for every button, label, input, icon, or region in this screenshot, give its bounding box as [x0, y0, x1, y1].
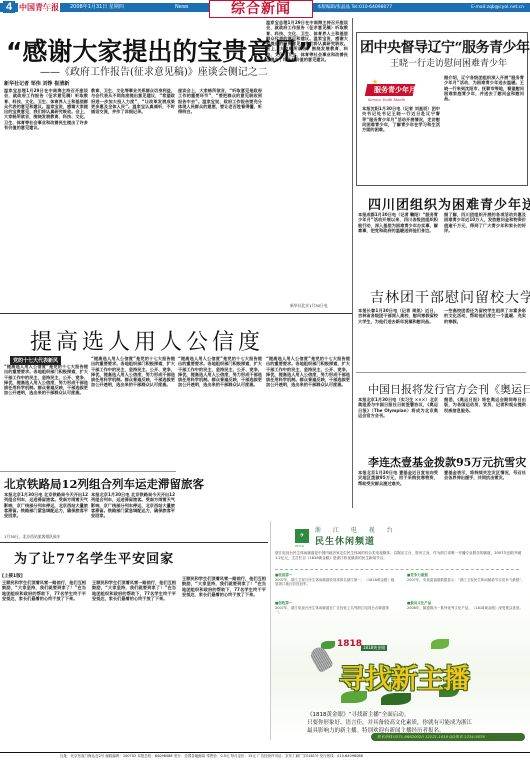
issue-date: 2008年1月31日 星期四 [70, 3, 124, 12]
campaign-title: 寻找新主播 [339, 657, 469, 696]
students-body-col2: 王顺民和学生们顶着风雪一路前行，他们互相鼓励，“大家坚持，我们就要到家了！”在当… [92, 580, 176, 748]
section-divider [0, 313, 352, 314]
beijing-body-right: 本报北京1月30日电 北京铁路局今天开出12列组合列车，运送滞留旅客。受南方雨雪… [91, 492, 175, 536]
sichuan-body-right: 据了解，四川团组织开展的各项活动共惠及困难青少年近10万人，发放慰问金和物资价值… [444, 212, 526, 280]
lead-byline: 新华社记者 邹伟 刘铮 崔清新 [4, 80, 69, 87]
editor-email: E-mail:zqb@cyol.net.cn [471, 3, 524, 12]
jilin-body-left: 本报长春1月30日电（记者 周凯）近日，吉林省各级团干部深入高校，慰问寒假留校大… [358, 308, 438, 368]
ad-item-text: 2007年，浙江卫视与民生休闲频道收视率排名浙江第一，《1818黄金眼》稳居浙江… [275, 578, 394, 587]
liaoning-subheadline: 王晓一行走访慰问困难青少年 [390, 56, 507, 69]
middle-headline: 提高选人用人公信度 [30, 325, 264, 356]
lead-body-col4: 温家宝总理1月29日在中南海主持召开座谈会，就政府工作报告（征求意见稿）听取教育… [266, 20, 348, 310]
advertisement-zjtv[interactable]: ✈ ZTV-6 浙 江 电 视 台 民生休闲频道 浙江电视台民生休闲频道是中国内… [270, 521, 530, 740]
liaoning-body-left: 本报沈阳1月30日电（记者 刘星辰）团中央书记处书记王晓一行近日赴辽宁督导“服务… [362, 106, 440, 182]
sichuan-headline: 四川团组织为困难青少年送温暖 [368, 194, 530, 213]
badge-sublabel: Service Youth Month [368, 98, 405, 102]
beijing-headline: 北京铁路局12列组合列车运走滞留旅客 [4, 476, 204, 492]
li-lianjie-headline: 李连杰壹基金拨款95万元抗雪灾 [368, 454, 526, 470]
middle-body-col1: “提高选人用人公信度”是党的十七大报告提出的重要要求。各地组织部门积极探索，扩大… [4, 364, 88, 470]
ad-item: ■收视第一 2007年，浙江卫视与民生休闲频道收视率排名浙江第一，《1818黄金… [275, 573, 395, 587]
lead-body-col1: 温家宝总理1月29日在中南海主持召开座谈会，就政府工作报告（征求意见稿）听取教育… [4, 88, 88, 288]
ad-copy: 《1818黄金眼》“寻找新主播”全面启动。 只要你形象好、语言佳，并具备较高文化… [307, 711, 472, 735]
news-label: News [175, 3, 189, 12]
ad-divider [275, 569, 519, 570]
section-divider [0, 542, 268, 543]
channel-name: 民生休闲频道 [315, 534, 375, 547]
students-headline: 为了让77名学生平安回家 [14, 548, 174, 567]
ad-intro-text: 浙江电视台民生休闲频道是中国内地首家定位民生休闲的综合类电视媒体。以娱乐立台，资… [275, 551, 527, 561]
sichuan-body-left: 本报成都1月30日电（记者 鞠阳）“服务青少年月”活动开展以来，四川各级团组织积… [358, 212, 438, 280]
service-youth-month-badge: ★ 服务青少年月 Service Youth Month [366, 78, 418, 106]
students-body-col1: 王顺民和学生们顶着风雪一路前行，他们互相鼓励，“大家坚持，我们就要到家了！”在当… [2, 580, 86, 748]
jilin-headline: 吉林团干部慰问留校大学生 [370, 287, 530, 307]
ad-item-text: 2007年，央视索福瑞数据显示：“浙江卫视民生休闲频道节目竞争力最强”。 [407, 578, 525, 582]
china-daily-headline: 中国日报将发行官方会刊《奥运日报》 [368, 381, 530, 397]
divider [356, 372, 526, 373]
students-tag: [上接1版] [2, 573, 23, 579]
ad-item: ■竞争力最强 2007年，央视索福瑞数据显示：“浙江卫视民生休闲频道节目竞争力最… [407, 573, 527, 582]
divider [0, 471, 176, 472]
lead-body-col2: 教育、卫生、文化等事业关系群众切身利益，与会代表从不同角度提出意见建议，“希望政… [91, 88, 175, 288]
jilin-body-right: 一些高校团委还为留校学生组织了丰富多彩的文化活动，帮助他们度过一个温暖、充实的寒… [444, 308, 526, 368]
beijing-body-left: 本报北京1月30日电 北京铁路局今天开出12列组合列车，运送滞留旅客。受南方雨雪… [4, 492, 88, 536]
editor-info: 本版编辑/张晶晶 Tel:010-64098077 [317, 3, 392, 12]
liaoning-body-right: 据介绍，辽宁各级团组织深入开展“服务青少年月”活动，为困难青少年送去温暖。王晓一… [444, 75, 524, 182]
liaoning-headline: 团中央督导辽宁“服务青少年月”活动 [360, 37, 530, 57]
decorative-slashes: ///// [44, 3, 52, 12]
lead-body-col3: 座谈会上，大家畅所欲言，“听取意见是政府工作的重要环节”，“要把群众的意见吸收到… [178, 88, 262, 288]
column-divider [352, 18, 353, 508]
china-daily-body-right: 据悉，《奥运日报》将在奥运会期间每日出版，为各国运动员、官员、记者和观众提供权威… [444, 397, 526, 449]
footer-rule [0, 752, 530, 753]
leaf-icon [431, 639, 449, 649]
students-body-col3: 王顺民和学生们顶着风雪一路前行，他们互相鼓励，“大家坚持，我们就要到家了！”在当… [182, 576, 266, 748]
microphone-icon [308, 645, 334, 674]
page-number: 4 [3, 1, 15, 13]
beijing-credit: 1月30日，北京西站旅客排队候车 [4, 534, 124, 539]
registration-hotline[interactable]: 报名热线 0571-86820020 12121-1818 QQ报名 1234-… [371, 733, 525, 741]
logo-text: ZTV-6 [295, 544, 304, 548]
li-body-left: 本报北京1月30日电 壹基金近日宣布向受灾地区拨款95万元，用于采购抗寒物资，帮… [358, 470, 438, 510]
campaign-banner[interactable]: 1818 1818黄金眼 寻找新主播 [311, 639, 461, 707]
badge-label: 服务青少年月 [374, 85, 416, 95]
campaign-badge: 1818 [337, 639, 362, 649]
ad-item: ■创收第一 2007年，浙江电视台民生休闲频道在广告经营上名列浙江电视台各频道第… [275, 601, 395, 615]
ad-copy-line: 只要你形象好、语言佳，并具备较高文化素质，你就有可能成为浙江 [307, 719, 472, 727]
paper-logo: 中国青年报 [18, 2, 60, 12]
lead-credit: 新华社北京1月30日电 [290, 303, 348, 308]
china-daily-body-left: 本报北京1月30日电（实习生 ×××）北京奥组委与中国日报社日前签署协议，《奥运… [358, 397, 438, 449]
tv-station-name: 浙 江 电 视 台 [315, 525, 398, 534]
footer-info: 社址：北京东直门海运仓2号 邮政编码：100702 本报总机：64098088 … [60, 754, 363, 759]
ad-item: ■最具文化产品 2008年，频道推出一系列优秀文化产品，《1818黄金眼》深受观… [407, 601, 527, 610]
ad-copy-line: 《1818黄金眼》“寻找新主播”全面启动。 [307, 711, 472, 719]
zjtv-logo-icon: ✈ [295, 529, 309, 543]
section-title: 综合新闻 [209, 0, 313, 18]
middle-body-col2: “提高选人用人公信度”是党的十七大报告提出的重要要求。各地组织部门积极探索，扩大… [91, 356, 175, 470]
ad-item-text: 2008年，频道推出一系列优秀文化产品，《1818黄金眼》深受观众喜爱。 [407, 606, 523, 610]
lead-subheadline: ——《政府工作报告(征求意见稿)》座谈会侧记之二 [40, 63, 268, 78]
li-body-right: 壹基金表示，将持续关注灾区情况，号召社会各界伸出援手，共同抗击雪灾。 [444, 470, 526, 510]
middle-body-col4: “提高选人用人公信度”是党的十七大报告提出的重要要求。各地组织部门积极探索，扩大… [266, 356, 350, 510]
campaign-badge-sub: 1818黄金眼 [361, 645, 387, 651]
ad-item-text: 2007年，浙江电视台民生休闲频道在广告经营上名列浙江电视台各频道第一。 [275, 606, 389, 615]
